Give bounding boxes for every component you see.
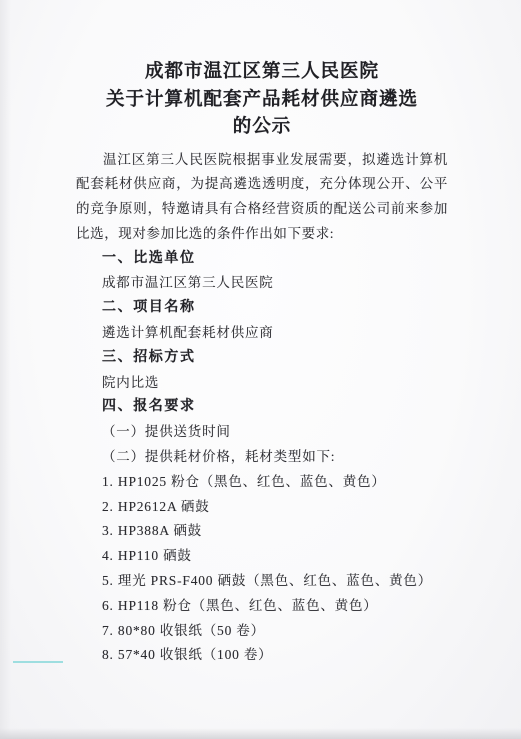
section-heading-3: 三、招标方式 (76, 346, 448, 371)
title-line-3: 的公示 (76, 114, 448, 142)
requirement-line: （二）提供耗材价格，耗材类型如下: (76, 445, 448, 470)
list-item: 7. 80*80 收银纸（50 卷） (76, 619, 448, 644)
section-text: 成都市温江区第三人民医院 (76, 271, 448, 296)
document-page: 成都市温江区第三人民医院 关于计算机配套产品耗材供应商遴选 的公示 温江区第三人… (0, 0, 521, 739)
scan-edge-left (0, 0, 11, 739)
list-item: 3. HP388A 硒鼓 (76, 519, 448, 544)
list-item: 2. HP2612A 硒鼓 (76, 495, 448, 520)
requirement-line: （一）提供送货时间 (76, 420, 448, 445)
section-heading-4: 四、报名要求 (76, 395, 448, 420)
document-title: 成都市温江区第三人民医院 关于计算机配套产品耗材供应商遴选 的公示 (76, 59, 448, 142)
section-text: 遴选计算机配套耗材供应商 (76, 321, 448, 346)
section-text: 院内比选 (76, 371, 448, 396)
title-line-1: 成都市温江区第三人民医院 (76, 59, 448, 87)
intro-paragraph: 温江区第三人民医院根据事业发展需要，拟遴选计算机配套耗材供应商，为提高遴选透明度… (76, 148, 448, 247)
document-content: 成都市温江区第三人民医院 关于计算机配套产品耗材供应商遴选 的公示 温江区第三人… (76, 59, 448, 668)
list-item: 1. HP1025 粉仓（黑色、红色、蓝色、黄色） (76, 470, 448, 495)
scan-artifact-line (13, 661, 63, 663)
list-item: 8. 57*40 收银纸（100 卷） (76, 643, 448, 668)
title-line-2: 关于计算机配套产品耗材供应商遴选 (76, 87, 448, 115)
document-body: 一、比选单位 成都市温江区第三人民医院 二、项目名称 遴选计算机配套耗材供应商 … (76, 247, 448, 669)
section-heading-1: 一、比选单位 (76, 247, 448, 272)
section-heading-2: 二、项目名称 (76, 296, 448, 321)
scan-edge-bottom (0, 728, 521, 739)
list-item: 5. 理光 PRS-F400 硒鼓（黑色、红色、蓝色、黄色） (76, 569, 448, 594)
list-item: 6. HP118 粉仓（黑色、红色、蓝色、黄色） (76, 594, 448, 619)
list-item: 4. HP110 硒鼓 (76, 544, 448, 569)
